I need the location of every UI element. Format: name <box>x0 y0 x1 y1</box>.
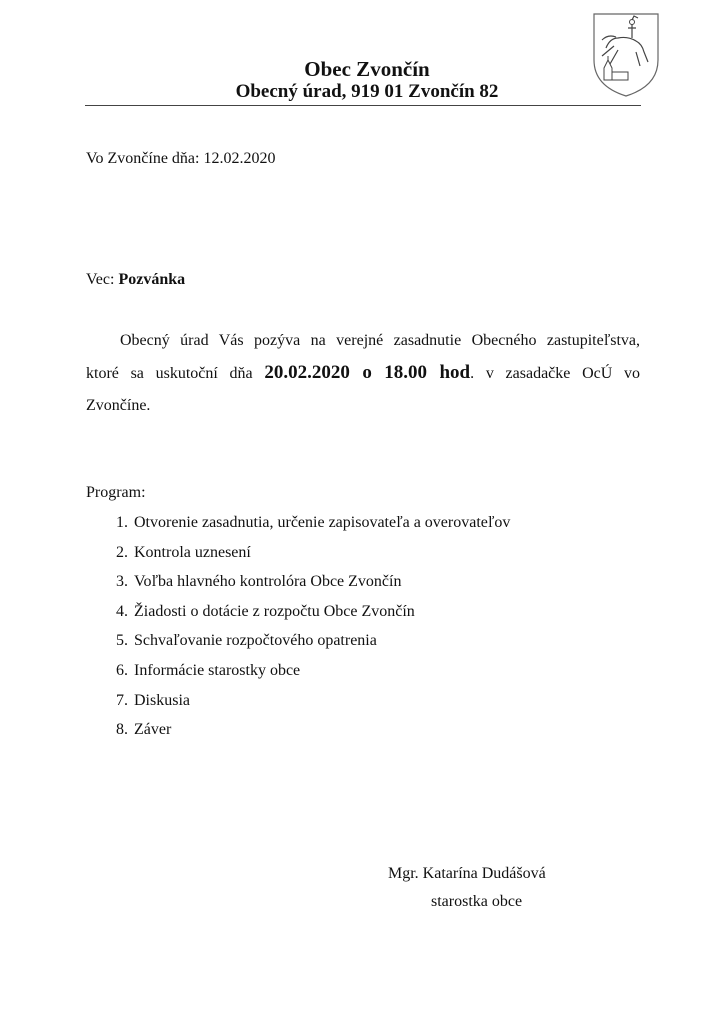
program-item: 7.Diskusia <box>108 686 510 716</box>
program-item-text: Otvorenie zasadnutia, určenie zapisovate… <box>134 514 510 531</box>
program-item-number: 5. <box>108 626 128 656</box>
program-item-text: Diskusia <box>134 692 190 709</box>
program-item-number: 1. <box>108 508 128 538</box>
body-line-2-suffix: . v zasadačke OcÚ vo <box>470 365 640 382</box>
program-item-number: 7. <box>108 686 128 716</box>
program-item: 1.Otvorenie zasadnutia, určenie zapisova… <box>108 508 510 538</box>
program-item-number: 6. <box>108 656 128 686</box>
program-item: 6.Informácie starostky obce <box>108 656 510 686</box>
program-item-text: Žiadosti o dotácie z rozpočtu Obce Zvonč… <box>134 603 415 620</box>
invitation-body: Obecný úrad Vás pozýva na verejné zasadn… <box>86 325 640 422</box>
body-line-2-prefix: ktoré sa uskutoční dňa <box>86 365 264 382</box>
program-item-number: 8. <box>108 715 128 745</box>
program-item-text: Záver <box>134 721 171 738</box>
program-item: 2.Kontrola uznesení <box>108 538 510 568</box>
program-item-number: 4. <box>108 597 128 627</box>
program-label: Program: <box>86 484 146 502</box>
header-divider <box>85 105 641 106</box>
program-list: 1.Otvorenie zasadnutia, určenie zapisova… <box>108 508 510 745</box>
subject-label: Vec: <box>86 271 114 288</box>
program-item-text: Informácie starostky obce <box>134 662 300 679</box>
body-line-1: Obecný úrad Vás pozýva na verejné zasadn… <box>86 325 640 357</box>
place-date: Vo Zvončíne dňa: 12.02.2020 <box>86 150 275 168</box>
signature-name: Mgr. Katarína Dudášová <box>388 865 546 883</box>
program-item-number: 3. <box>108 567 128 597</box>
body-line-3: Zvončíne. <box>86 397 150 414</box>
program-item: 4.Žiadosti o dotácie z rozpočtu Obce Zvo… <box>108 597 510 627</box>
program-item-text: Kontrola uznesení <box>134 544 251 561</box>
program-item: 8.Záver <box>108 715 510 745</box>
program-item: 3.Voľba hlavného kontrolóra Obce Zvončín <box>108 567 510 597</box>
office-address: Obecný úrad, 919 01 Zvončín 82 <box>0 81 724 103</box>
signature-role: starostka obce <box>431 893 522 911</box>
meeting-datetime: 20.02.2020 o 18.00 hod <box>264 362 470 383</box>
body-line-2: ktoré sa uskutoční dňa 20.02.2020 o 18.0… <box>86 357 640 390</box>
municipality-title: Obec Zvončín <box>0 57 724 82</box>
program-item-number: 2. <box>108 538 128 568</box>
program-item: 5.Schvaľovanie rozpočtového opatrenia <box>108 626 510 656</box>
program-item-text: Schvaľovanie rozpočtového opatrenia <box>134 632 377 649</box>
subject-value: Pozvánka <box>118 271 185 288</box>
program-item-text: Voľba hlavného kontrolóra Obce Zvončín <box>134 573 401 590</box>
subject-line: Vec: Pozvánka <box>86 271 185 289</box>
